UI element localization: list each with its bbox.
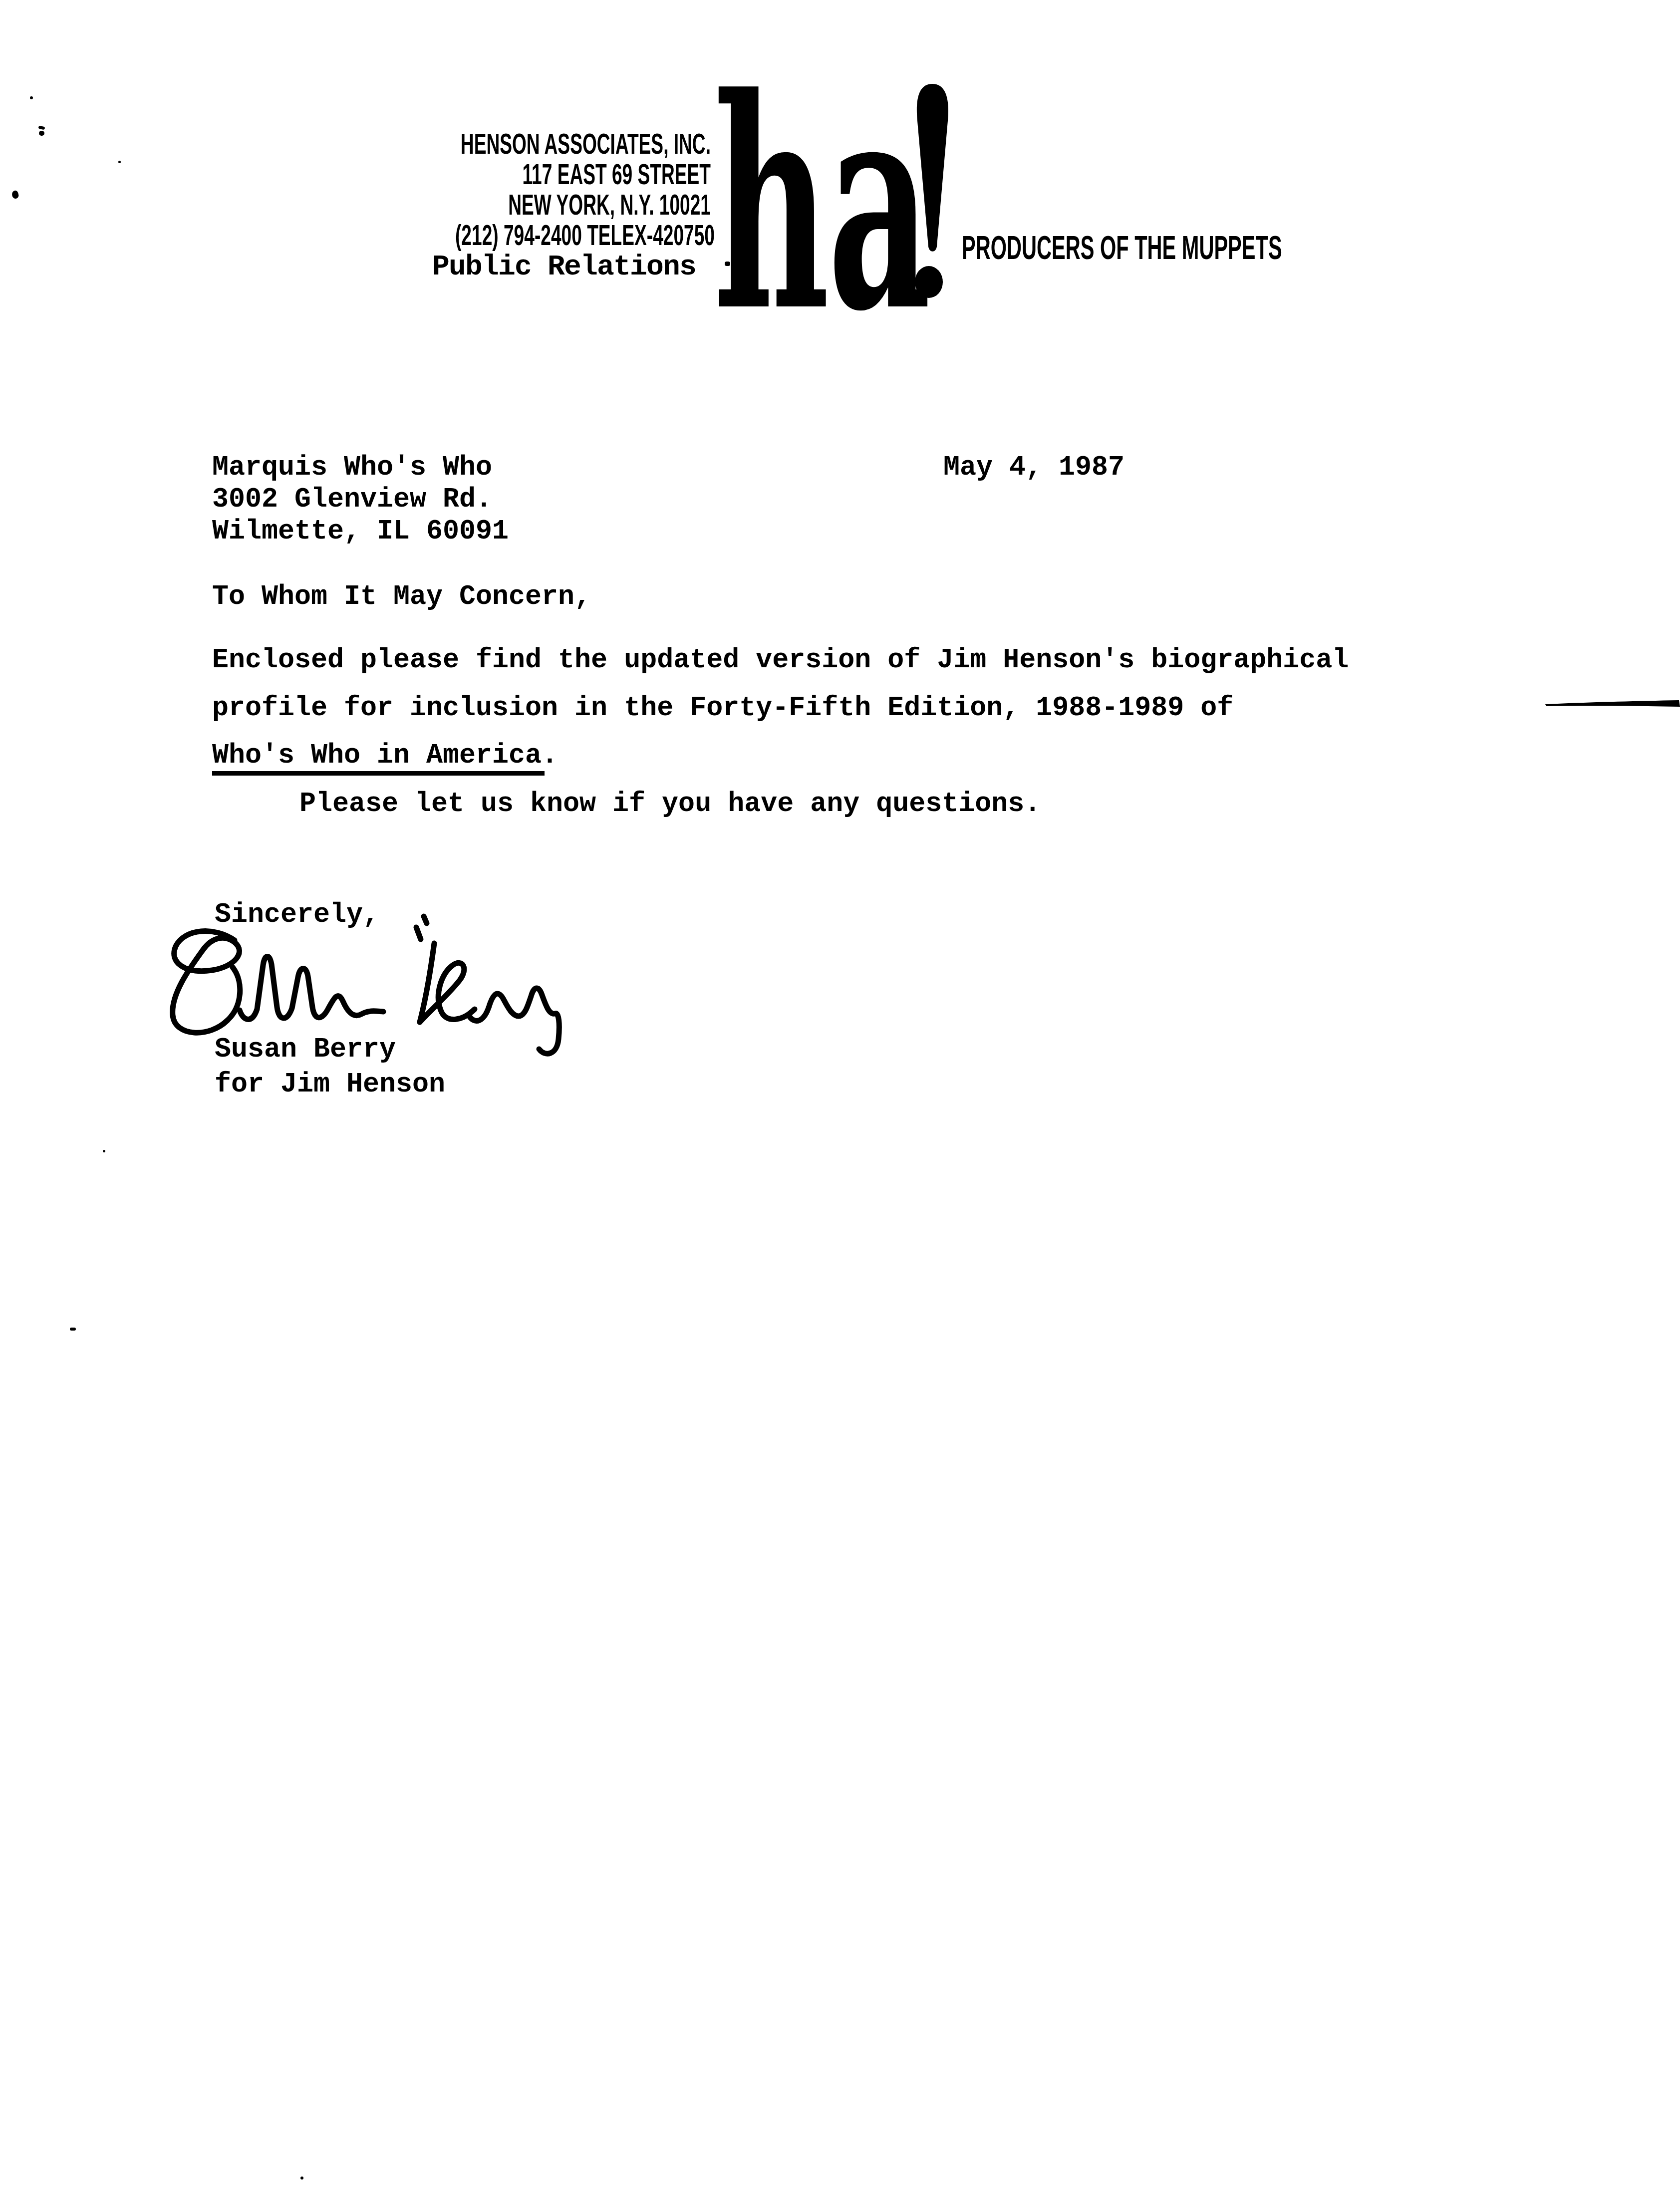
body-line-1: Enclosed please find the updated version… <box>212 646 1349 674</box>
scan-artifact-mark <box>38 126 45 130</box>
body-line-3: Who's Who in America. <box>212 742 558 769</box>
scan-artifact-comma <box>11 190 19 199</box>
who-is-who-underline <box>212 771 545 776</box>
signed-for: for Jim Henson <box>215 1071 445 1098</box>
letterhead-street: 117 EAST 69 STREET <box>455 159 711 190</box>
letterhead-company: HENSON ASSOCIATES, INC. <box>455 129 711 159</box>
recipient-line-2: 3002 Glenview Rd. <box>212 486 492 513</box>
pen-stroke-margin-mark <box>1545 699 1680 709</box>
body-line-2: profile for inclusion in the Forty-Fifth… <box>212 694 1233 722</box>
recipient-line-1: Marquis Who's Who <box>212 454 492 481</box>
scan-artifact-dot <box>300 2177 303 2180</box>
letterhead-city: NEW YORK, N.Y. 10021 <box>455 190 711 220</box>
scanned-letter-page: HENSON ASSOCIATES, INC. 117 EAST 69 STRE… <box>0 0 1680 2186</box>
scan-artifact-tick <box>725 262 730 266</box>
scan-artifact-dash <box>70 1328 76 1331</box>
ha-logo-text: ha <box>714 60 929 349</box>
letterhead-department: Public Relations <box>432 253 696 282</box>
ha-logo-exclamation-icon <box>912 82 954 303</box>
scan-artifact-dot <box>103 1150 105 1152</box>
letterhead-address-block: HENSON ASSOCIATES, INC. 117 EAST 69 STRE… <box>311 129 711 251</box>
letterhead-tagline: PRODUCERS OF THE MUPPETS <box>962 231 1282 265</box>
recipient-line-3: Wilmette, IL 60091 <box>212 518 509 545</box>
scan-artifact-dot <box>30 96 33 99</box>
letterhead-phone-telex: (212) 794-2400 TELEX-420750 <box>455 220 711 251</box>
salutation: To Whom It May Concern, <box>212 583 591 610</box>
body-line-4: Please let us know if you have any quest… <box>299 790 1041 818</box>
scan-artifact-dot <box>118 161 121 163</box>
signed-name: Susan Berry <box>215 1036 396 1063</box>
scan-artifact-mark <box>39 131 44 136</box>
letter-date: May 4, 1987 <box>943 454 1124 481</box>
